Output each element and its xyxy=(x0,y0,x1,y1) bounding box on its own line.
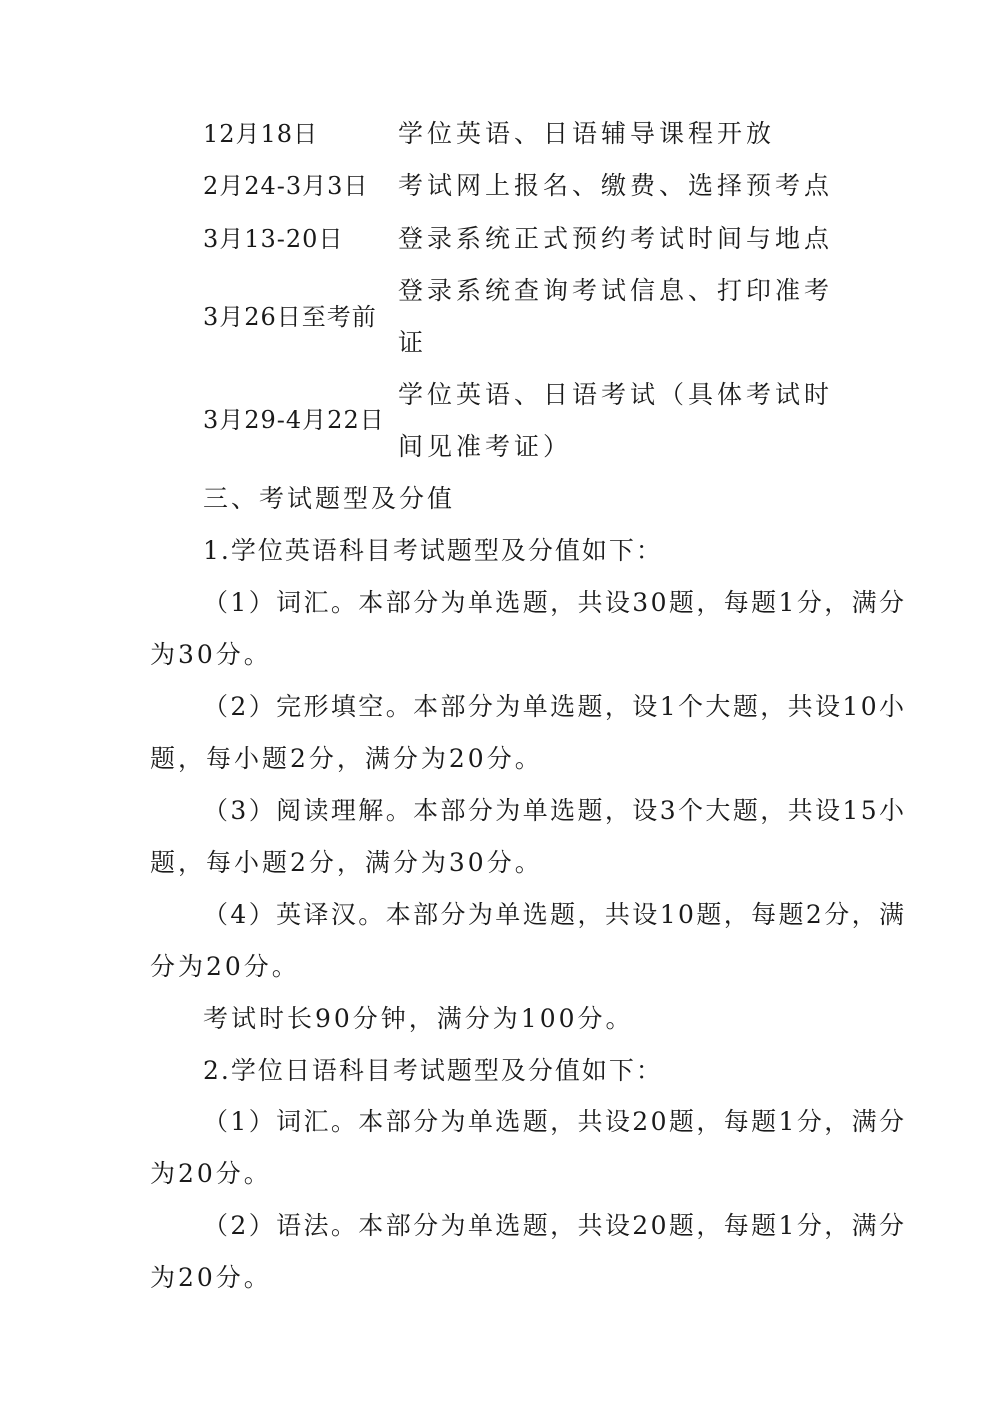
schedule-date: 3月29-4月22日 xyxy=(203,405,385,435)
english-item-cloze-cont: 题，每小题2分，满分为20分。 xyxy=(150,744,543,774)
schedule-desc: 登录系统正式预约考试时间与地点 xyxy=(398,224,833,254)
japanese-item-grammar: （2）语法。本部分为单选题，共设20题，每题1分，满分 xyxy=(203,1211,906,1241)
schedule-date: 3月13-20日 xyxy=(203,224,343,254)
japanese-item-vocab: （1）词汇。本部分为单选题，共设20题，每题1分，满分 xyxy=(203,1107,906,1137)
english-item-vocab-cont: 为30分。 xyxy=(150,640,272,670)
english-item-reading: （3）阅读理解。本部分为单选题，设3个大题，共设15小 xyxy=(203,796,906,826)
schedule-desc: 学位英语、日语辅导课程开放 xyxy=(398,119,775,149)
schedule-desc-cont: 证 xyxy=(398,328,427,358)
english-item-translation: （4）英译汉。本部分为单选题，共设10题，每题2分，满 xyxy=(203,900,906,930)
japanese-item-grammar-cont: 为20分。 xyxy=(150,1263,272,1293)
schedule-desc-cont: 间见准考证） xyxy=(398,432,572,462)
english-item-vocab: （1）词汇。本部分为单选题，共设30题，每题1分，满分 xyxy=(203,588,906,618)
schedule-date: 3月26日至考前 xyxy=(203,302,377,332)
schedule-desc: 学位英语、日语考试（具体考试时 xyxy=(398,380,833,410)
schedule-date: 2月24-3月3日 xyxy=(203,171,368,201)
schedule-desc: 考试网上报名、缴费、选择预考点 xyxy=(398,171,833,201)
english-item-cloze: （2）完形填空。本部分为单选题，设1个大题，共设10小 xyxy=(203,692,906,722)
english-item-translation-cont: 分为20分。 xyxy=(150,952,300,982)
english-item-reading-cont: 题，每小题2分，满分为30分。 xyxy=(150,848,543,878)
schedule-date: 12月18日 xyxy=(203,119,318,149)
schedule-desc: 登录系统查询考试信息、打印准考 xyxy=(398,276,833,306)
japanese-item-vocab-cont: 为20分。 xyxy=(150,1159,272,1189)
japanese-subsection-title: 2.学位日语科目考试题型及分值如下： xyxy=(203,1056,663,1086)
english-subsection-title: 1.学位英语科目考试题型及分值如下： xyxy=(203,536,663,566)
english-summary: 考试时长90分钟，满分为100分。 xyxy=(203,1004,634,1034)
document-page: 12月18日 学位英语、日语辅导课程开放 2月24-3月3日 考试网上报名、缴费… xyxy=(0,0,992,1403)
section-heading: 三、考试题型及分值 xyxy=(203,484,455,514)
